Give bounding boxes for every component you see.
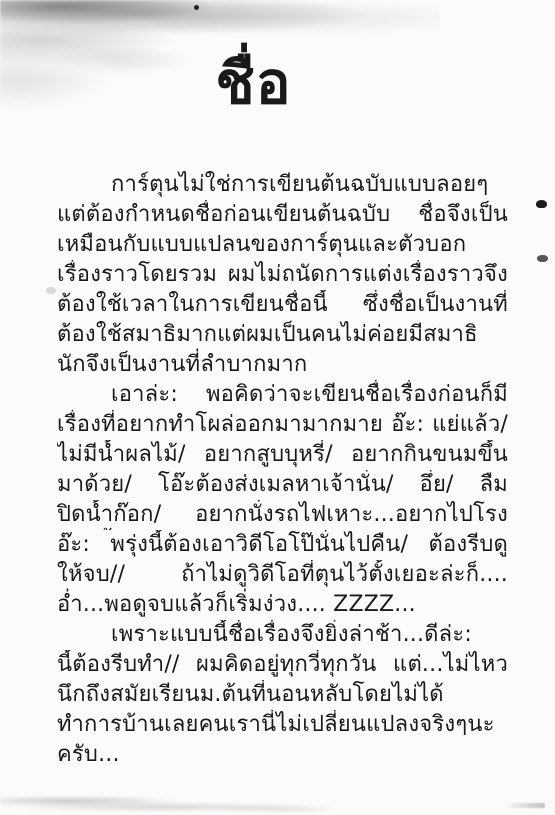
text-line: เพราะแบบนี้ชื่อเรื่องจึงยิ่งล่าช้า...ดีล… <box>57 620 508 650</box>
text-line: ต้องใช้สมาธิมากแต่ผมเป็นคนไม่ค่อยมีสมาธิ <box>57 320 508 350</box>
text-line: ต้องใช้เวลาในการเขียนชื่อนี้ ซึ่งชื่อเป็… <box>57 290 508 320</box>
scan-smudge-bottom-left <box>0 793 330 815</box>
text-line: อ่ำ...พอดูจบแล้วก็เริ่มง่วง.... ZZZZ... <box>57 590 508 620</box>
text-line: นึกถึงสมัยเรียนม.ต้นที่นอนหลับโดยไม่ได้ <box>57 680 508 710</box>
scanned-book-page: ชื่อ การ์ตุนไม่ใช่การเขียนต้นฉบับแบบลอยๆ… <box>0 0 555 815</box>
text-line: ให้จบ// ถ้าไม่ดูวิดีโอที่ตุนไว้ตั้งเยอะล… <box>57 560 508 590</box>
text-line: มาด้วย/ โอ๊ะต้องส่งเมลหาเจ้านั่น/ อึ่ย/ … <box>57 470 508 500</box>
ink-speck-right-upper <box>536 200 547 208</box>
text-line: อ๊ะ: พรุ่งนี้ต้องเอาวิดีโอโป๊นั่นไปคืน/ … <box>57 530 508 560</box>
text-line: เหมือนกับแบบแปลนของการ์ตุนและตัวบอก <box>57 230 508 260</box>
text-line: แต่ต้องกำหนดชื่อก่อนเขียนต้นฉบับ ชื่อจึง… <box>57 200 508 230</box>
text-line: ไม่มีน้ำผลไม้/ อยากสูบบุหรี่/ อยากกินขนม… <box>57 440 508 470</box>
text-line: การ์ตุนไม่ใช่การเขียนต้นฉบับแบบลอยๆ <box>57 170 508 200</box>
text-line: นักจึงเป็นงานที่ลำบากมาก <box>57 350 508 380</box>
text-line: ทำการบ้านเลยคนเรานี่ไม่เปลี่ยนแปลงจริงๆน… <box>57 710 508 740</box>
text-line: เรื่องที่อยากทำโผล่ออกมามากมาย อ๊ะ: แย่แ… <box>57 410 508 440</box>
body-text: การ์ตุนไม่ใช่การเขียนต้นฉบับแบบลอยๆแต่ต้… <box>57 170 508 770</box>
ink-speck-right-lower <box>537 255 548 262</box>
page-title: ชื่อ <box>215 52 291 116</box>
text-line: ปิดน้ำก๊อก/ อยากนั่งรถไฟเหาะ...อยากไปโรง… <box>57 500 508 530</box>
text-line: นี้ต้องรีบทำ// ผมคิดอยู่ทุกวี่ทุกวัน แต่… <box>57 650 508 680</box>
chapter-title-block: ชื่อ <box>0 52 555 116</box>
text-line: เรื่องราวโดยรวม ผมไม่ถนัดการแต่งเรื่องรา… <box>57 260 508 290</box>
text-line: ครับ... <box>57 740 508 770</box>
ink-speck-top <box>194 5 199 10</box>
scan-smudge-bottom-right <box>505 803 545 808</box>
text-line: เอาล่ะ: พอคิดว่าจะเขียนชื่อเรื่องก่อนก็ม… <box>57 380 508 410</box>
scan-mark-left <box>46 287 56 294</box>
